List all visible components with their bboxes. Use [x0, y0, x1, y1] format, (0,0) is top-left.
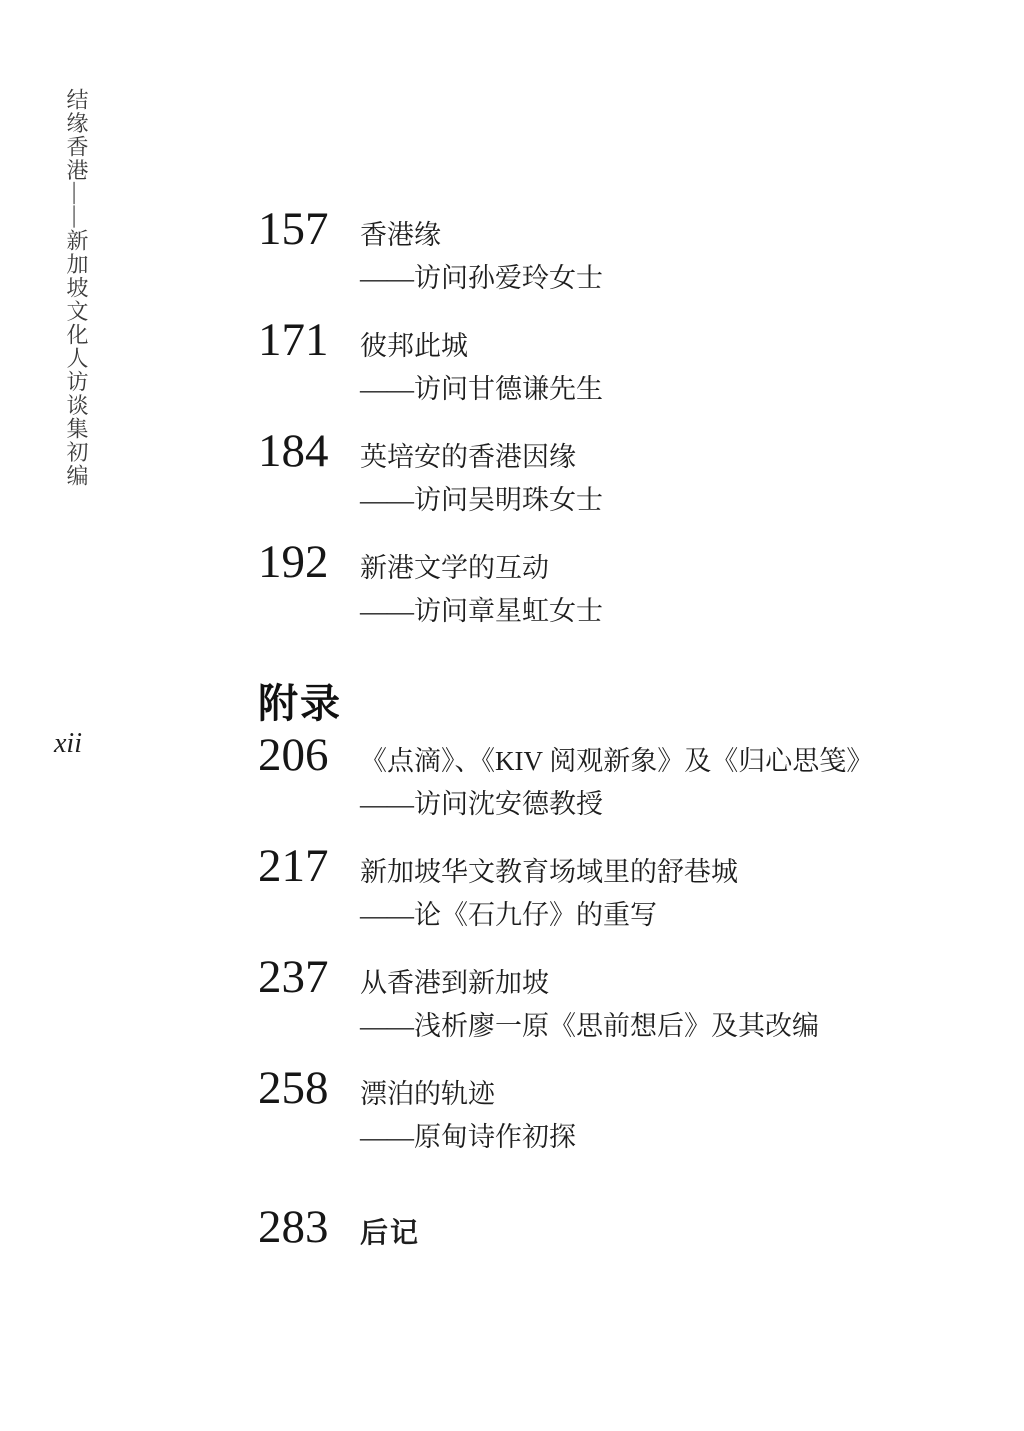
toc-entry: 192 新港文学的互动 ——访问章星虹女士: [258, 541, 958, 633]
entry-page-number: 184: [258, 430, 360, 473]
entry-subtitle: ——原甸诗作初探: [360, 1116, 576, 1159]
entry-title: 香港缘: [360, 214, 603, 257]
entry-page-number: 217: [258, 845, 360, 888]
toc-section-afterword: 283 后记: [258, 1206, 958, 1273]
entry-titles: 从香港到新加坡 ——浅析廖一原《思前想后》及其改编: [360, 962, 819, 1048]
entry-subtitle: ——访问吴明珠女士: [360, 479, 603, 522]
entry-titles: 漂泊的轨迹 ——原甸诗作初探: [360, 1073, 576, 1159]
entry-titles: 英培安的香港因缘 ——访问吴明珠女士: [360, 436, 603, 522]
toc-entry: 206 《点滴》、《KIV 阅观新象》及《归心思笺》 ——访问沈安德教授: [258, 734, 958, 826]
entry-page-number: 258: [258, 1067, 360, 1110]
entry-page-number: 206: [258, 734, 360, 777]
toc-entry: 157 香港缘 ——访问孙爱玲女士: [258, 208, 958, 300]
entry-title: 新加坡华文教育场域里的舒巷城: [360, 851, 738, 894]
toc-section-appendix: 206 《点滴》、《KIV 阅观新象》及《归心思笺》 ——访问沈安德教授 217…: [258, 734, 958, 1178]
entry-title: 《点滴》、《KIV 阅观新象》及《归心思笺》: [360, 740, 873, 783]
toc-entry: 283 后记: [258, 1206, 958, 1254]
entry-subtitle: ——访问章星虹女士: [360, 590, 603, 633]
entry-subtitle: ——浅析廖一原《思前想后》及其改编: [360, 1005, 819, 1048]
entry-titles: 彼邦此城 ——访问甘德谦先生: [360, 325, 603, 411]
toc-page: 结缘香港——新加坡文化人访谈集初编 xii 157 香港缘 ——访问孙爱玲女士 …: [0, 0, 1024, 1431]
entry-page-number: 171: [258, 319, 360, 362]
entry-title: 漂泊的轨迹: [360, 1073, 576, 1116]
toc-entry: 258 漂泊的轨迹 ——原甸诗作初探: [258, 1067, 958, 1159]
toc-entry: 237 从香港到新加坡 ——浅析廖一原《思前想后》及其改编: [258, 956, 958, 1048]
toc-entry: 217 新加坡华文教育场域里的舒巷城 ——论《石九仔》的重写: [258, 845, 958, 937]
entry-titles: 新加坡华文教育场域里的舒巷城 ——论《石九仔》的重写: [360, 851, 738, 937]
entry-page-number: 192: [258, 541, 360, 584]
entry-page-number: 237: [258, 956, 360, 999]
entry-subtitle: ——访问沈安德教授: [360, 783, 873, 826]
appendix-section-heading: 附录: [258, 681, 342, 727]
toc-entry: 171 彼邦此城 ——访问甘德谦先生: [258, 319, 958, 411]
toc-entry: 184 英培安的香港因缘 ——访问吴明珠女士: [258, 430, 958, 522]
entry-title: 英培安的香港因缘: [360, 436, 603, 479]
entry-titles: 后记: [360, 1211, 420, 1254]
entry-title: 新港文学的互动: [360, 547, 603, 590]
entry-titles: 新港文学的互动 ——访问章星虹女士: [360, 547, 603, 633]
page-number-folio: xii: [54, 728, 82, 760]
entry-page-number: 283: [258, 1206, 360, 1249]
entry-title: 后记: [360, 1211, 420, 1254]
entry-titles: 香港缘 ——访问孙爱玲女士: [360, 214, 603, 300]
entry-title: 从香港到新加坡: [360, 962, 819, 1005]
entry-subtitle: ——论《石九仔》的重写: [360, 894, 738, 937]
entry-page-number: 157: [258, 208, 360, 251]
toc-section-interviews: 157 香港缘 ——访问孙爱玲女士 171 彼邦此城 ——访问甘德谦先生 184…: [258, 208, 958, 652]
entry-titles: 《点滴》、《KIV 阅观新象》及《归心思笺》 ——访问沈安德教授: [360, 740, 873, 826]
entry-title: 彼邦此城: [360, 325, 603, 368]
book-spine-running-title: 结缘香港——新加坡文化人访谈集初编: [61, 88, 92, 498]
entry-subtitle: ——访问孙爱玲女士: [360, 257, 603, 300]
entry-subtitle: ——访问甘德谦先生: [360, 368, 603, 411]
